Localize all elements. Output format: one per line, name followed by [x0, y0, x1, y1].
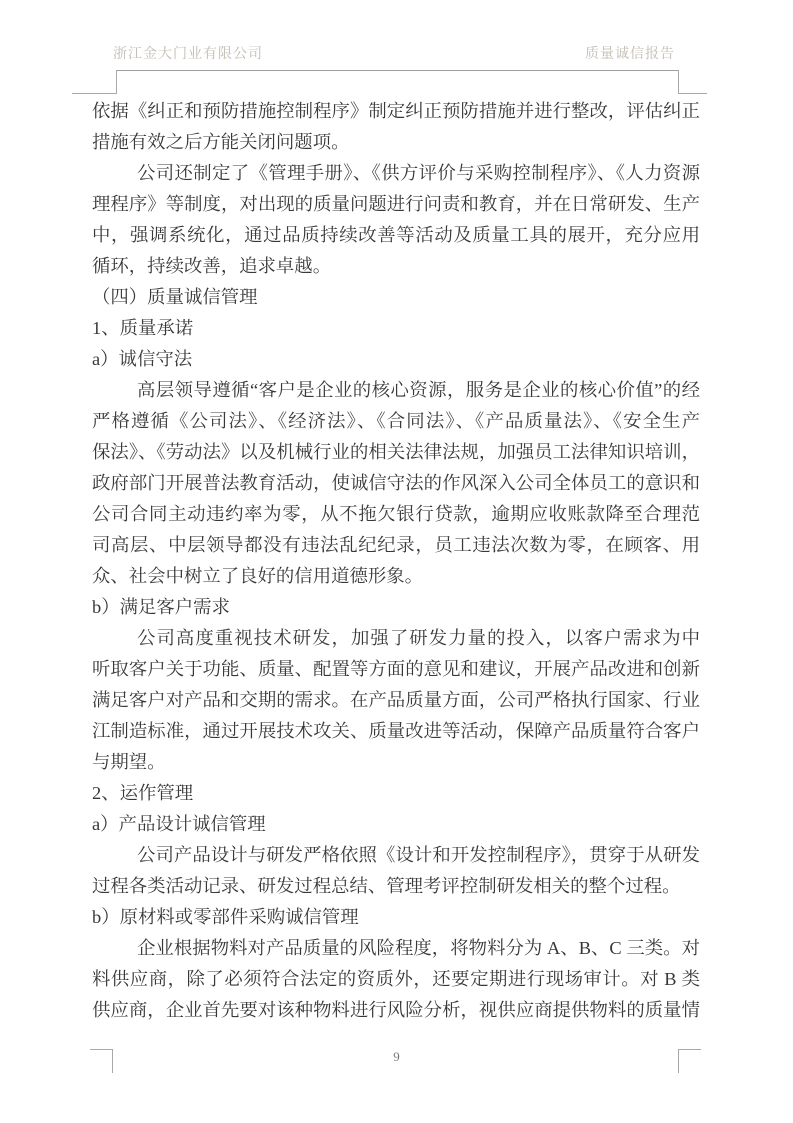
body-line: a）产品设计诚信管理 [92, 809, 700, 840]
body-line: 听取客户关于功能、质量、配置等方面的意见和建议，开展产品改进和创新活动， [92, 654, 700, 685]
body-line: 企业根据物料对产品质量的风险程度，将物料分为 A、B、C 三类。对 A 类物 [92, 933, 700, 964]
document-page: 浙江金大门业有限公司 质量诚信报告 依据《纠正和预防措施控制程序》制定纠正预防措… [0, 0, 793, 1123]
body-line: b）原材料或零部件采购诚信管理 [92, 902, 700, 933]
header-company-name: 浙江金大门业有限公司 [113, 46, 263, 64]
body-line: a）诚信守法 [92, 344, 700, 375]
body-line: 公司高度重视技术研发，加强了研发力量的投入，以客户需求为中心，积极 [92, 623, 700, 654]
body-line: 中，强调系统化，通过品质持续改善等活动及质量工具的展开，充分应用 PDCA [92, 220, 700, 251]
body-line: 政府部门开展普法教育活动，使诚信守法的作风深入公司全体员工的意识和行为。 [92, 468, 700, 499]
body-line: 公司还制定了《管理手册》、《供方评价与采购控制程序》、《人力资源管 [92, 158, 700, 189]
body-line: 江制造标准，通过开展技术攻关、质量改进等活动，保障产品质量符合客户要求 [92, 716, 700, 747]
body-line: 高层领导遵循“客户是企业的核心资源，服务是企业的核心价值”的经营理念， [92, 375, 700, 406]
body-line: 1、质量承诺 [92, 313, 700, 344]
body-line: 满足客户对产品和交期的需求。在产品质量方面，公司严格执行国家、行业和浙 [92, 685, 700, 716]
body-line: 公司产品设计与研发严格依照《设计和开发控制程序》，贯穿于从研发立项、 [92, 840, 700, 871]
body-line: 过程各类活动记录、研发过程总结、管理考评控制研发相关的整个过程。 [92, 871, 700, 902]
body-line: 众、社会中树立了良好的信用道德形象。 [92, 561, 700, 592]
body-line: 与期望。 [92, 747, 700, 778]
body-line: 措施有效之后方能关闭问题项。 [92, 127, 700, 158]
body-line: 依据《纠正和预防措施控制程序》制定纠正预防措施并进行整改，评估纠正预防 [92, 96, 700, 127]
crop-mark-top-left [72, 93, 117, 94]
body-text: 依据《纠正和预防措施控制程序》制定纠正预防措施并进行整改，评估纠正预防措施有效之… [92, 96, 700, 1026]
body-line: 料供应商，除了必须符合法定的资质外，还要定期进行现场审计。对 B 类物料的 [92, 964, 700, 995]
crop-mark-top-left [116, 70, 117, 93]
crop-mark-top-right [678, 93, 707, 94]
body-line: 循环，持续改善，追求卓越。 [92, 251, 700, 282]
header-report-title: 质量诚信报告 [585, 46, 675, 64]
body-line: 理程序》等制度，对出现的质量问题进行问责和教育，并在日常研发、生产作业 [92, 189, 700, 220]
crop-mark-top-right [678, 70, 679, 93]
body-line: b）满足客户需求 [92, 592, 700, 623]
header-rule [117, 70, 678, 71]
body-line: 供应商，企业首先要对该种物料进行风险分析，视供应商提供物料的质量情况决 [92, 995, 700, 1026]
body-line: 公司合同主动违约率为零，从不拖欠银行贷款，逾期应收账款降至合理范围，公 [92, 499, 700, 530]
body-line: 保法》、《劳动法》以及机械行业的相关法律法规，加强员工法律知识培训，配合 [92, 437, 700, 468]
body-line: （四）质量诚信管理 [92, 282, 700, 313]
body-line: 司高层、中层领导都没有违法乱纪纪录，员工违法次数为零，在顾客、用户、公 [92, 530, 700, 561]
body-line: 2、运作管理 [92, 778, 700, 809]
page-number: 9 [0, 1049, 793, 1065]
body-line: 严格遵循《公司法》、《经济法》、《合同法》、《产品质量法》、《安全生产法》、《环 [92, 406, 700, 437]
